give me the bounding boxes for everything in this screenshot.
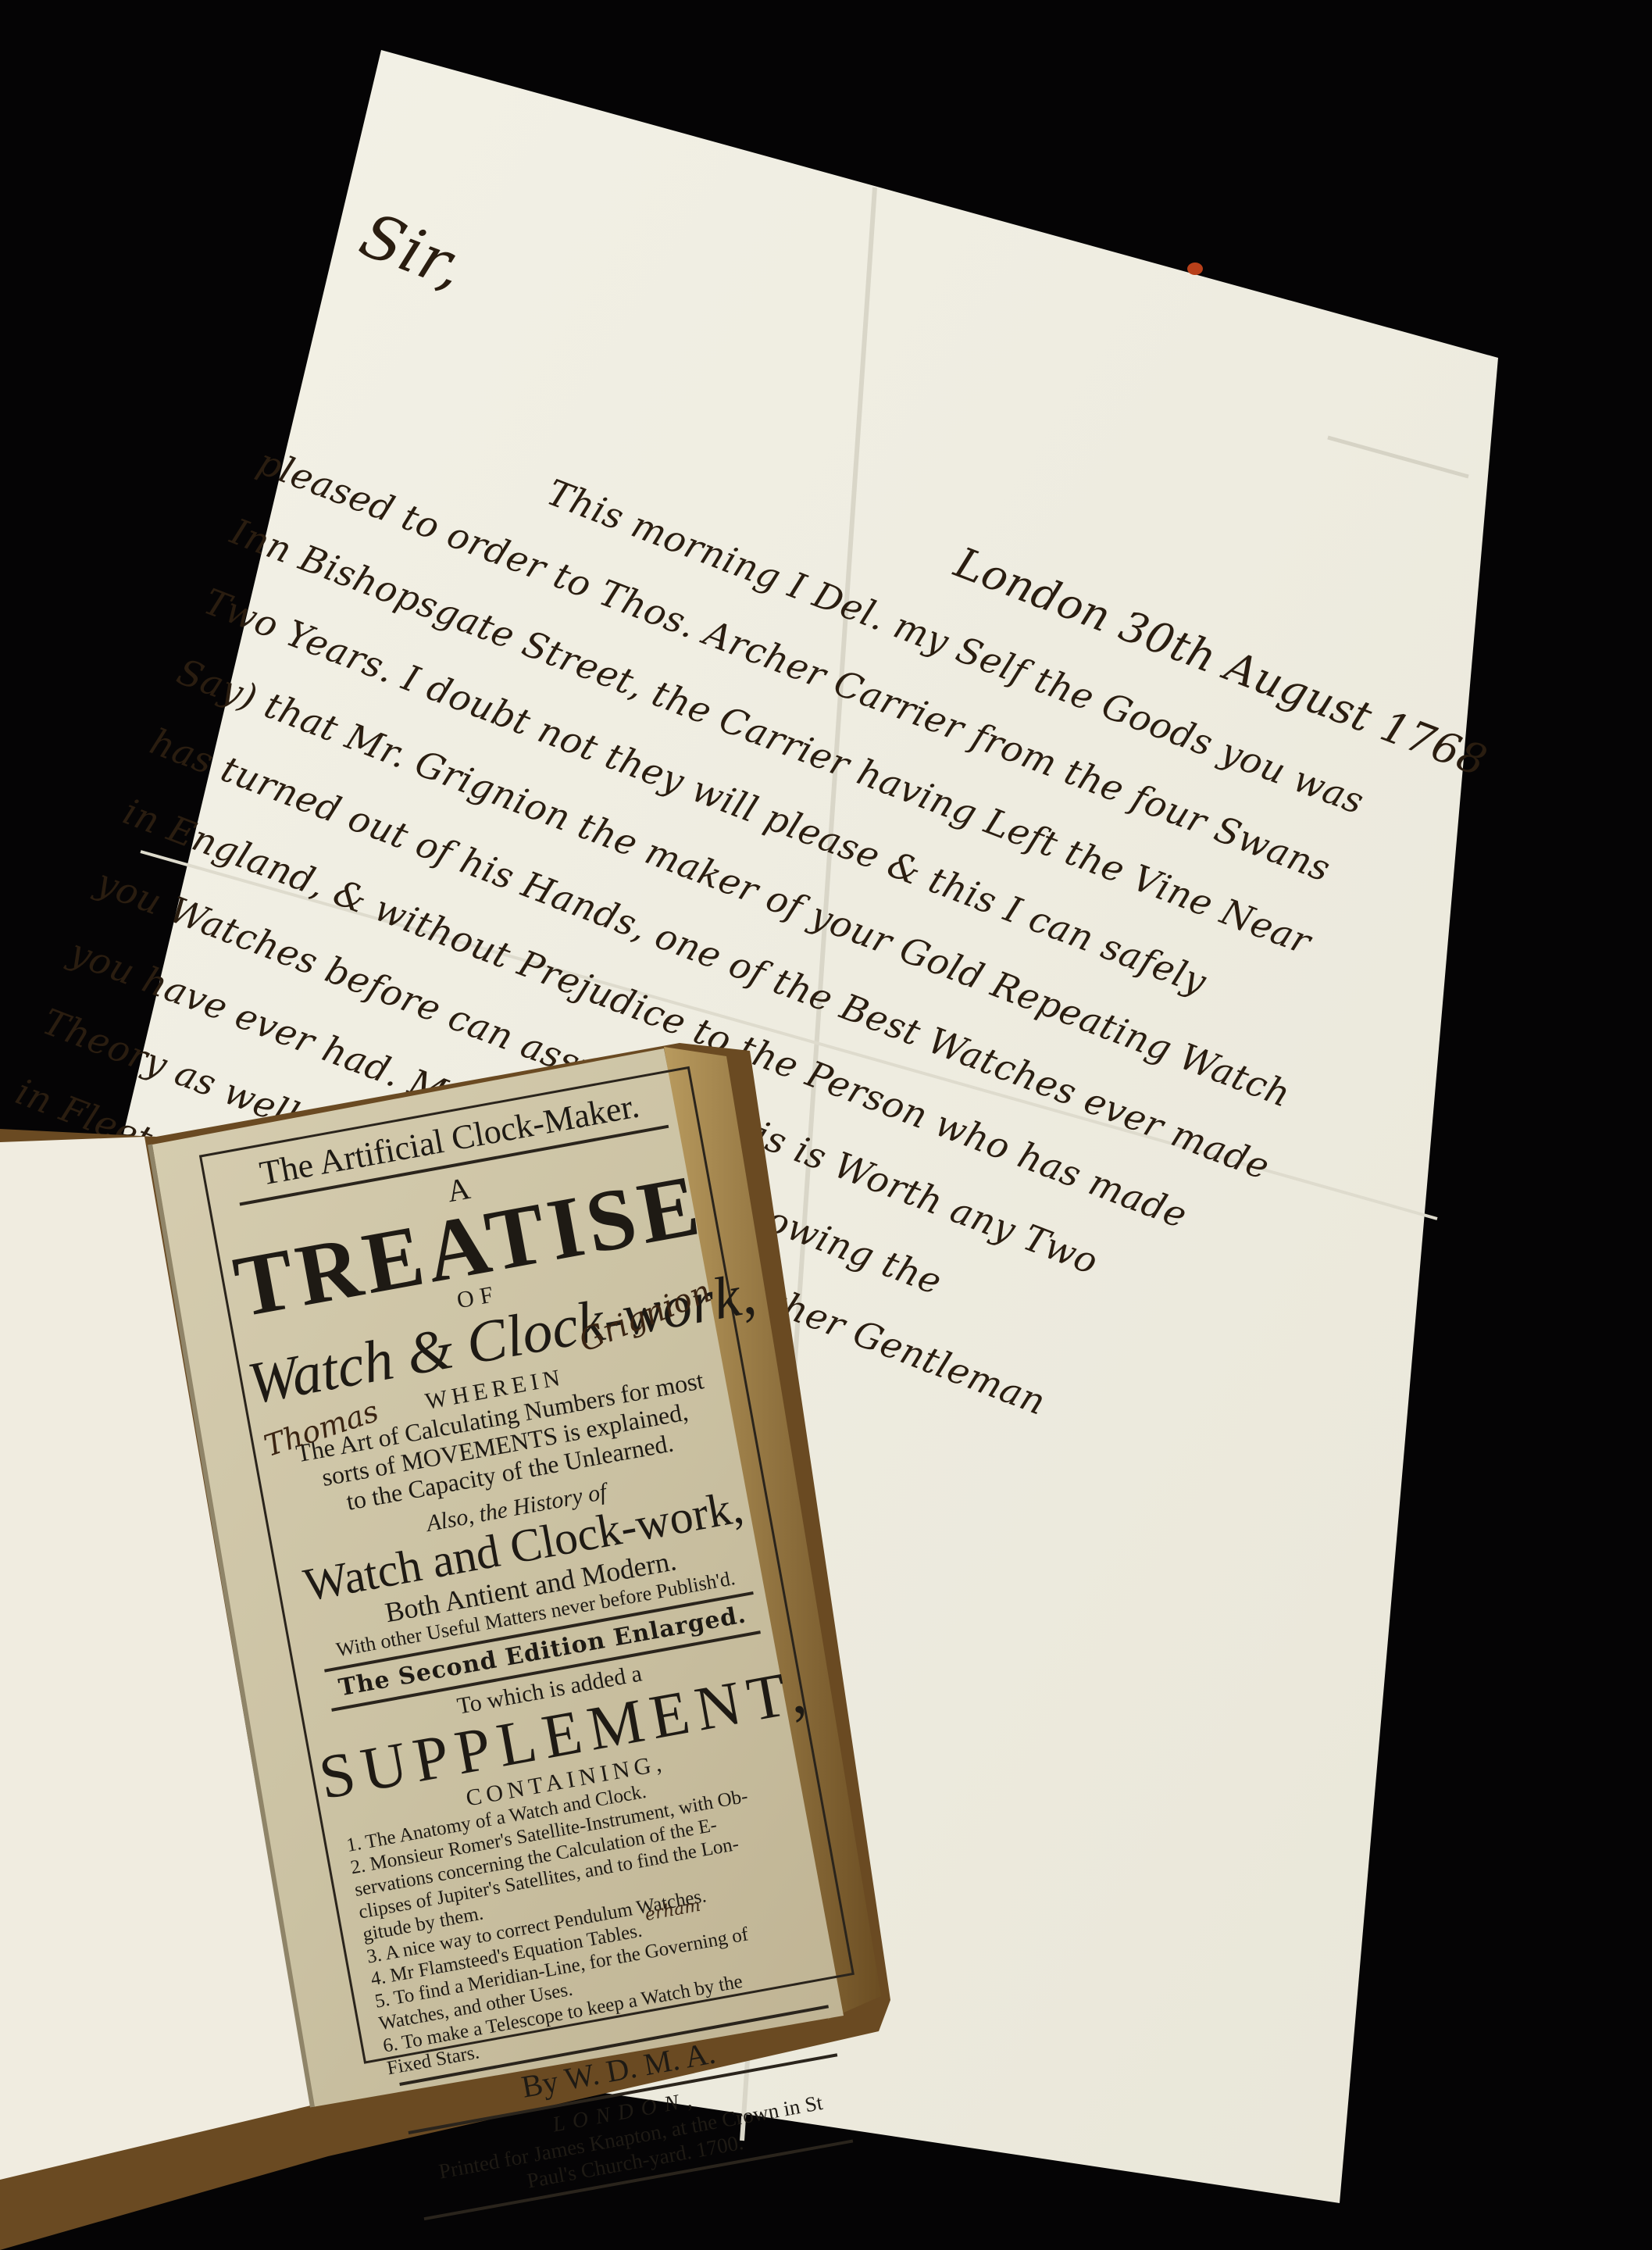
photo-scene: Sir, London 30th August 1768 This mornin… xyxy=(0,0,1652,2250)
